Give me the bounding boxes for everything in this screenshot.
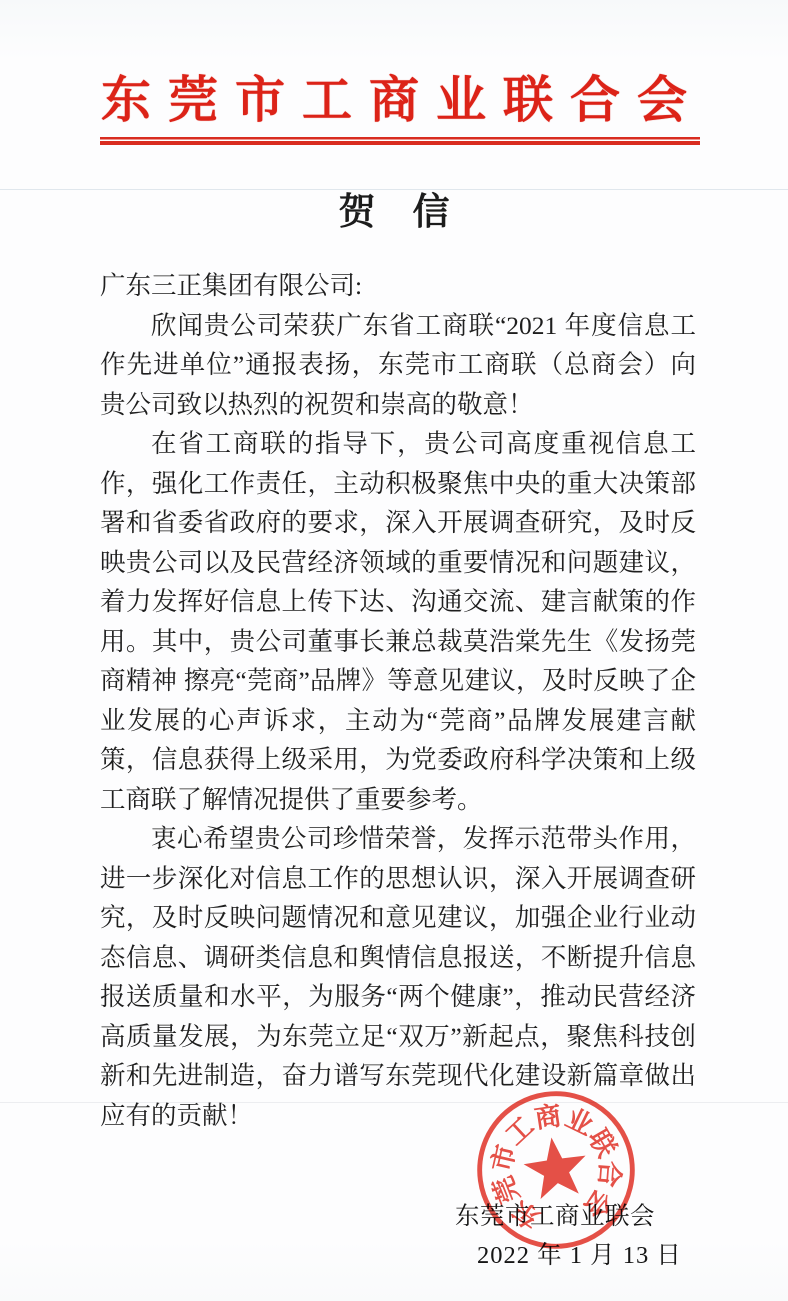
scanned-letter-page: 东莞市工商业联合会 贺 信 广东三正集团有限公司: 欣闻贵公司荣获广东省工商联“… (0, 0, 788, 1301)
letter-body: 广东三正集团有限公司: 欣闻贵公司荣获广东省工商联“2021 年度信息工作先进单… (100, 266, 696, 1135)
paragraph-award-notice: 欣闻贵公司荣获广东省工商联“2021 年度信息工作先进单位”通报表扬，东莞市工商… (100, 306, 696, 425)
salutation: 广东三正集团有限公司: (100, 266, 696, 306)
paragraph-expectations: 衷心希望贵公司珍惜荣誉，发挥示范带头作用，进一步深化对信息工作的思想认识，深入开… (100, 819, 696, 1135)
letter-title: 贺 信 (0, 181, 788, 235)
signature-org-name: 东莞市工商业联会 (455, 1197, 655, 1232)
letterhead-divider-rule (100, 137, 700, 145)
paragraph-achievements: 在省工商联的指导下，贵公司高度重视信息工作，强化工作责任，主动积极聚焦中央的重大… (100, 424, 696, 819)
scan-artifact-line (0, 1102, 788, 1103)
star-icon (520, 1133, 590, 1201)
signature-date: 2022 年 1 月 13 日 (477, 1236, 682, 1271)
letterhead-org-name: 东莞市工商业联合会 (0, 60, 788, 132)
